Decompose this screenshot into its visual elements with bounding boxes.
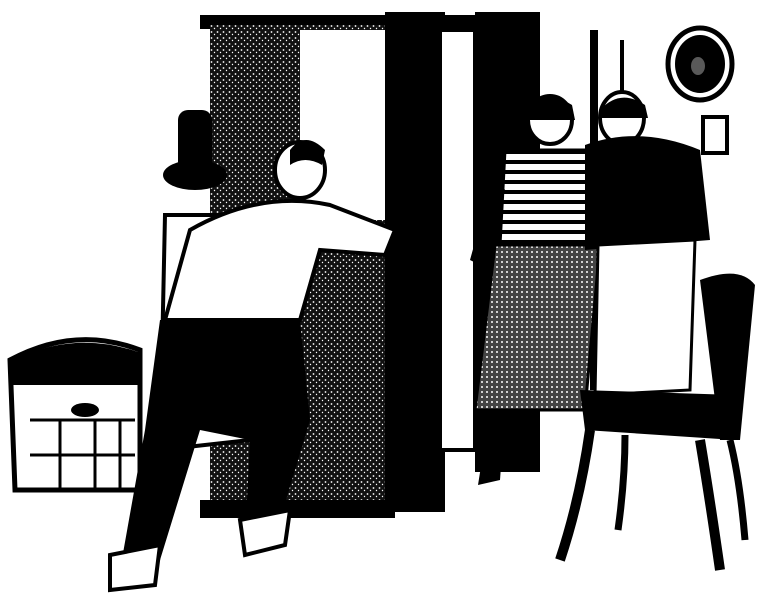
light-switch — [703, 117, 727, 153]
illustration-canvas: Black-and-white pen-and-ink drawing: two… — [0, 0, 763, 600]
portrait — [668, 28, 732, 100]
ink-illustration — [0, 0, 763, 600]
older-woman-shawl — [585, 92, 710, 395]
wicker-chest — [10, 340, 140, 490]
